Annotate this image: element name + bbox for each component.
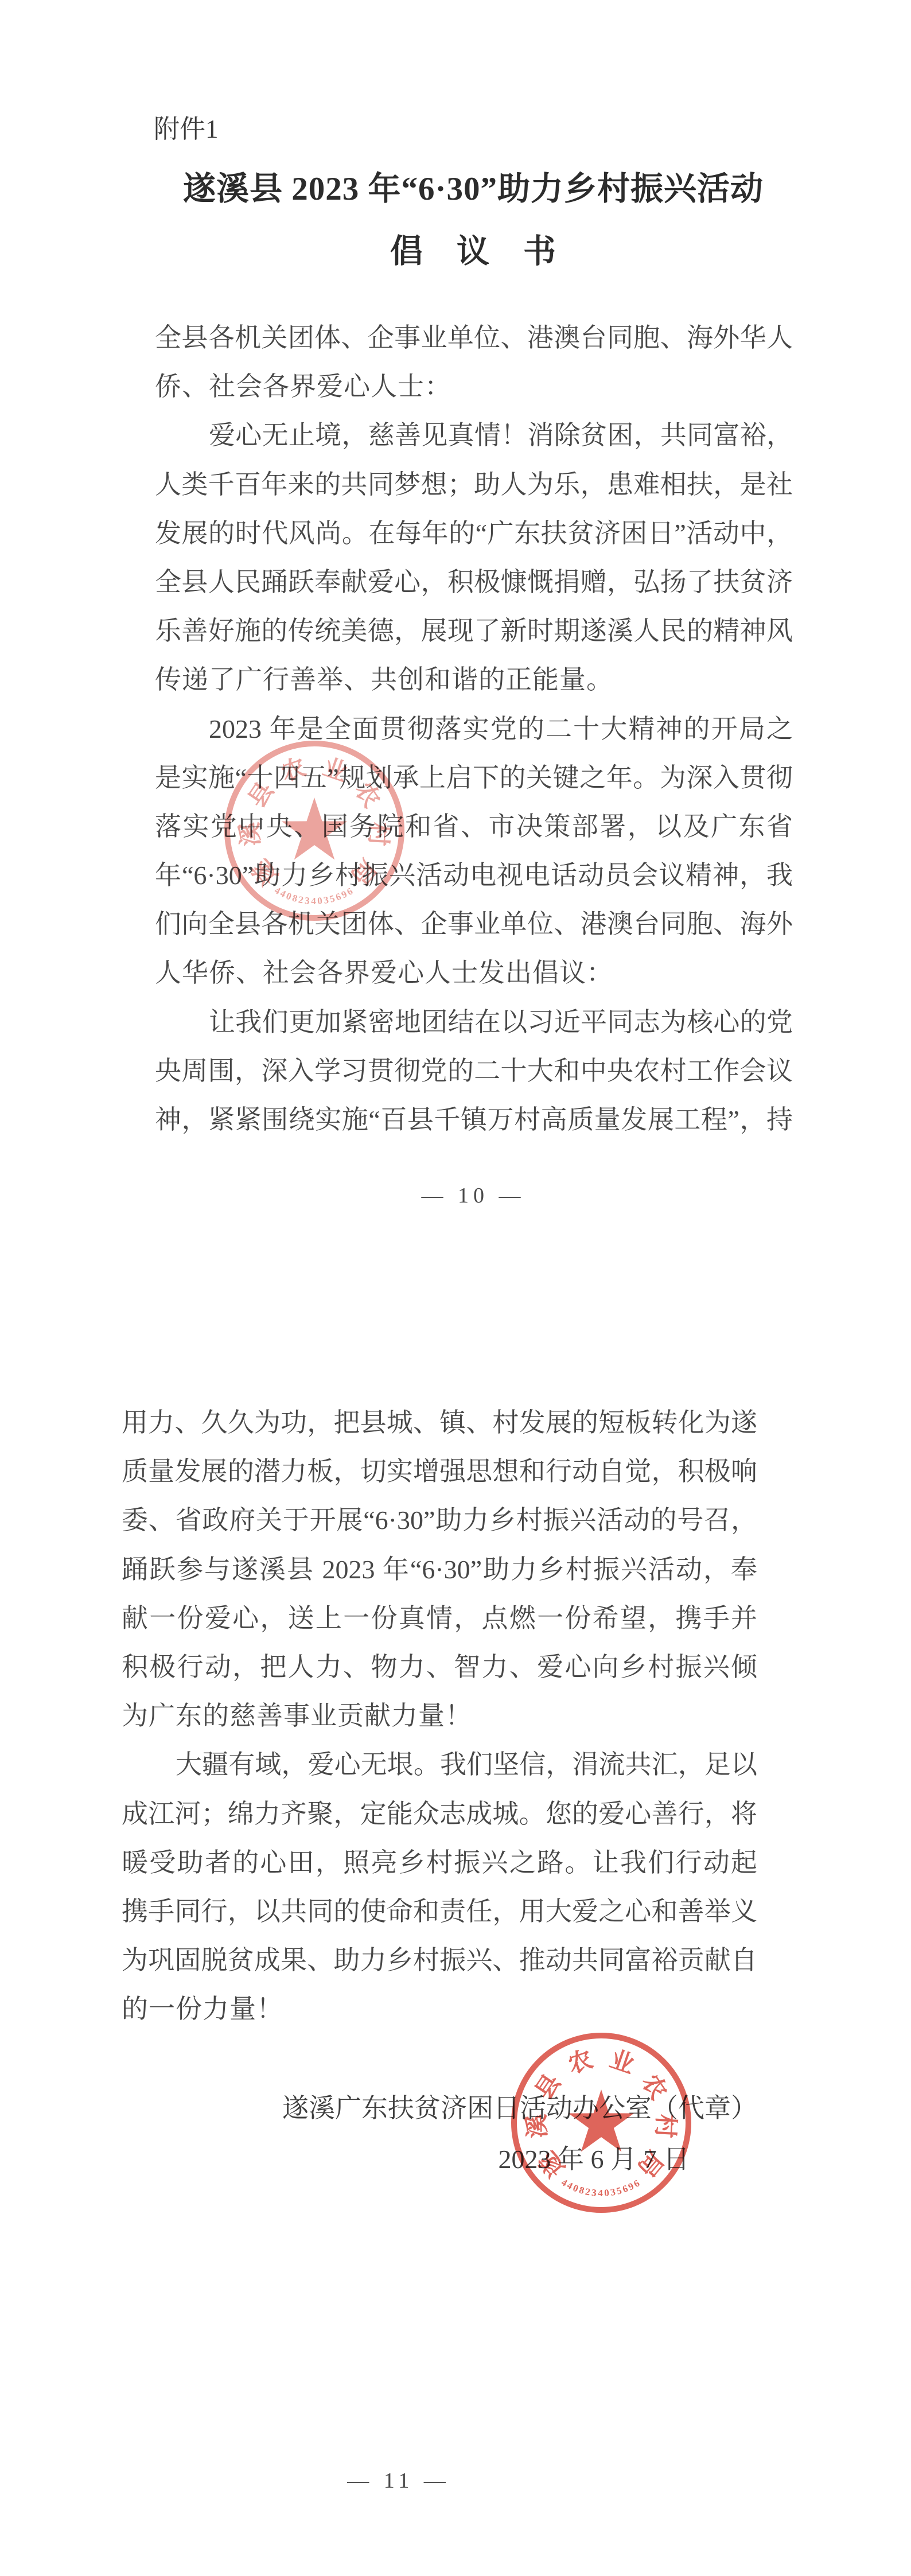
text-line: 的一份力量！ bbox=[122, 1984, 757, 2033]
text-line: 全县各机关团体、企事业单位、港澳台同胞、海外华人华 bbox=[155, 313, 793, 362]
text-line: 2023 年是全面贯彻落实党的二十大精神的开局之年， bbox=[155, 705, 793, 753]
text-line: 传递了广行善举、共创和谐的正能量。 bbox=[155, 655, 793, 704]
page2-number: — 11 — bbox=[122, 2468, 676, 2493]
seal-char: 业 bbox=[606, 2046, 638, 2079]
text-line: 成江河；绵力齐聚，定能众志成城。您的爱心善行，将温 bbox=[122, 1789, 757, 1838]
text-line: 暖受助者的心田，照亮乡村振兴之路。让我们行动起来， bbox=[122, 1838, 757, 1887]
text-line: 神，紧紧围绕实施“百县千镇万村高质量发展工程”，持续 bbox=[155, 1095, 793, 1144]
text-line: 落实党中央、国务院和省、市决策部署，以及广东省 2023 bbox=[155, 802, 793, 851]
text-line: 献一份爱心，送上一份真情，点燃一份希望，携手并肩， bbox=[122, 1594, 757, 1643]
text-line: 人类千百年来的共同梦想；助人为乐，患难相扶，是社会 bbox=[155, 460, 793, 509]
text-line: 全县人民踊跃奉献爱心，积极慷慨捐赠，弘扬了扶贫济困、 bbox=[155, 558, 793, 606]
text-line: 侨、社会各界爱心人士： bbox=[155, 362, 793, 411]
text-line: 爱心无止境，慈善见真情！消除贫困，共同富裕，是 bbox=[155, 411, 793, 460]
text-line: 踊跃参与遂溪县 2023 年“6·30”助力乡村振兴活动，奉 bbox=[122, 1545, 757, 1594]
text-line: 乐善好施的传统美德，展现了新时期遂溪人民的精神风貌， bbox=[155, 606, 793, 655]
signature-date: 2023 年 6 月 7 日 bbox=[122, 2138, 757, 2176]
text-line: 用力、久久为功，把县城、镇、村发展的短板转化为遂溪高 bbox=[122, 1398, 757, 1447]
text-line: 让我们更加紧密地团结在以习近平同志为核心的党中 bbox=[155, 998, 793, 1046]
page1-number: — 10 — bbox=[155, 1183, 792, 1208]
text-line: 为巩固脱贫成果、助力乡村振兴、推动共同富裕贡献自己 bbox=[122, 1936, 757, 1984]
seal-char: 农 bbox=[564, 2046, 596, 2079]
scanned-document: 附件1 遂溪县 2023 年“6·30”助力乡村振兴活动 倡 议 书 全县各机关… bbox=[0, 0, 911, 2576]
text-line: 们向全县各机关团体、企事业单位、港澳台同胞、海外华 bbox=[155, 900, 793, 948]
document-title-line1: 遂溪县 2023 年“6·30”助力乡村振兴活动 bbox=[138, 162, 809, 209]
text-line: 大疆有域，爱心无垠。我们坚信，涓流共汇，足以涌 bbox=[122, 1740, 757, 1789]
text-line: 是实施“十四五”规划承上启下的关键之年。为深入贯彻 bbox=[155, 753, 793, 802]
seal-code: 4408234035696 bbox=[559, 2177, 643, 2198]
page1-body: 全县各机关团体、企事业单位、港澳台同胞、海外华人华 侨、社会各界爱心人士： 爱心… bbox=[155, 313, 793, 1144]
text-line: 央周围，深入学习贯彻党的二十大和中央农村工作会议精 bbox=[155, 1046, 793, 1095]
text-line: 为广东的慈善事业贡献力量！ bbox=[122, 1691, 757, 1740]
text-line: 质量发展的潜力板，切实增强思想和行动自觉，积极响应省 bbox=[122, 1447, 757, 1496]
attachment-label: 附件1 bbox=[154, 108, 219, 145]
text-line: 携手同行，以共同的使命和责任，用大爱之心和善举义行， bbox=[122, 1887, 757, 1936]
text-line: 人华侨、社会各界爱心人士发出倡议： bbox=[155, 948, 793, 997]
text-line: 委、省政府关于开展“6·30”助力乡村振兴活动的号召， bbox=[122, 1496, 757, 1544]
document-title-line2: 倡 议 书 bbox=[138, 225, 809, 272]
text-line: 发展的时代风尚。在每年的“广东扶贫济困日”活动中， bbox=[155, 509, 793, 558]
page2-body: 用力、久久为功，把县城、镇、村发展的短板转化为遂溪高 质量发展的潜力板，切实增强… bbox=[122, 1398, 757, 2033]
signature-org: 遂溪广东扶贫济困日活动办公室（代章） bbox=[122, 2087, 757, 2125]
svg-text:4408234035696: 4408234035696 bbox=[559, 2177, 643, 2198]
text-line: 积极行动，把人力、物力、智力、爱心向乡村振兴倾斜， bbox=[122, 1643, 757, 1691]
text-line: 年“6·30”助力乡村振兴活动电视电话动员会议精神，我 bbox=[155, 851, 793, 900]
